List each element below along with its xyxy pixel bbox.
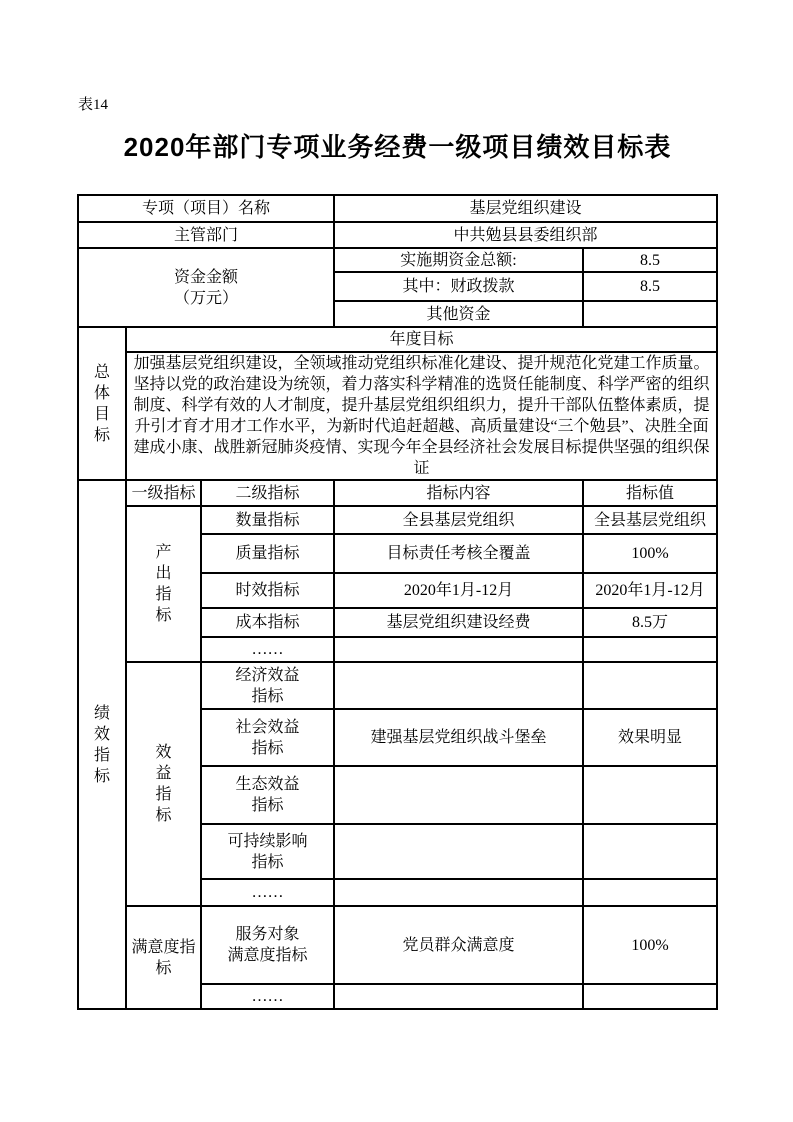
overall-goal-side-label: 总 体 目 标 (78, 327, 126, 480)
performance-target-table: 专项（项目）名称 基层党组织建设 主管部门 中共勉县县委组织部 资金金额 （万元… (77, 194, 718, 1010)
indicator-value: 全县基层党组织 (583, 506, 717, 534)
indicator-content: 全县基层党组织 (334, 506, 583, 534)
indicator-level2: 成本指标 (201, 608, 334, 637)
document-page: 表14 2020年部门专项业务经费一级项目绩效目标表 专项（项目）名称 基层党组… (0, 0, 793, 1122)
empty-cell (583, 766, 717, 824)
empty-cell (334, 766, 583, 824)
empty-cell (583, 662, 717, 709)
table-row: 主管部门 中共勉县县委组织部 (78, 222, 717, 248)
department-value: 中共勉县县委组织部 (334, 222, 717, 248)
empty-cell (334, 637, 583, 662)
indicator-value: 8.5万 (583, 608, 717, 637)
empty-cell (583, 879, 717, 906)
empty-cell (583, 984, 717, 1009)
table-row: 产 出 指 标 数量指标 全县基层党组织 全县基层党组织 (78, 506, 717, 534)
table-row: 总 体 目 标 年度目标 (78, 327, 717, 352)
indicator-level2: 经济效益 指标 (201, 662, 334, 709)
document-title: 2020年部门专项业务经费一级项目绩效目标表 (77, 131, 718, 163)
annual-goal-text: 加强基层党组织建设，全领域推动党组织标准化建设、提升规范化党建工作质量。坚持以党… (126, 352, 717, 480)
indicator-value: 100% (583, 906, 717, 984)
indicator-level2: …… (201, 984, 334, 1009)
fund-other-value (583, 301, 717, 327)
indicator-content: 基层党组织建设经费 (334, 608, 583, 637)
empty-cell (583, 637, 717, 662)
project-name-label: 专项（项目）名称 (78, 195, 334, 222)
header-level1: 一级指标 (126, 480, 201, 506)
empty-cell (334, 984, 583, 1009)
indicator-value: 效果明显 (583, 709, 717, 766)
indicator-value: 100% (583, 534, 717, 573)
empty-cell (334, 824, 583, 879)
fund-other-label: 其他资金 (334, 301, 583, 327)
indicator-level2: 服务对象 满意度指标 (201, 906, 334, 984)
table-row: 资金金额 （万元） 实施期资金总额: 8.5 (78, 248, 717, 272)
fund-fiscal-label: 其中：财政拨款 (334, 272, 583, 301)
output-group-label: 产 出 指 标 (126, 506, 201, 662)
indicator-level2: …… (201, 879, 334, 906)
header-value: 指标值 (583, 480, 717, 506)
indicator-level2: 质量指标 (201, 534, 334, 573)
satisfaction-group-label: 满意度指 标 (126, 906, 201, 1009)
table-row: 加强基层党组织建设，全领域推动党组织标准化建设、提升规范化党建工作质量。坚持以党… (78, 352, 717, 480)
table-row: 满意度指 标 服务对象 满意度指标 党员群众满意度 100% (78, 906, 717, 984)
indicator-level2: 时效指标 (201, 573, 334, 608)
performance-indicator-side-label: 绩 效 指 标 (78, 480, 126, 1009)
empty-cell (334, 662, 583, 709)
table-row: 绩 效 指 标 一级指标 二级指标 指标内容 指标值 (78, 480, 717, 506)
fund-total-value: 8.5 (583, 248, 717, 272)
empty-cell (583, 824, 717, 879)
table-number-label: 表14 (78, 96, 108, 114)
fund-fiscal-value: 8.5 (583, 272, 717, 301)
table-row: 效 益 指 标 经济效益 指标 (78, 662, 717, 709)
table-row: 专项（项目）名称 基层党组织建设 (78, 195, 717, 222)
indicator-content: 目标责任考核全覆盖 (334, 534, 583, 573)
empty-cell (334, 879, 583, 906)
department-label: 主管部门 (78, 222, 334, 248)
annual-goal-header: 年度目标 (126, 327, 717, 352)
benefit-group-label: 效 益 指 标 (126, 662, 201, 906)
project-name-value: 基层党组织建设 (334, 195, 717, 222)
fund-amount-label: 资金金额 （万元） (78, 248, 334, 327)
indicator-content: 建强基层党组织战斗堡垒 (334, 709, 583, 766)
indicator-value: 2020年1月-12月 (583, 573, 717, 608)
indicator-content: 党员群众满意度 (334, 906, 583, 984)
header-level2: 二级指标 (201, 480, 334, 506)
header-content: 指标内容 (334, 480, 583, 506)
indicator-level2: 社会效益 指标 (201, 709, 334, 766)
fund-total-label: 实施期资金总额: (334, 248, 583, 272)
indicator-level2: 生态效益 指标 (201, 766, 334, 824)
indicator-level2: 可持续影响 指标 (201, 824, 334, 879)
indicator-content: 2020年1月-12月 (334, 573, 583, 608)
indicator-level2: 数量指标 (201, 506, 334, 534)
indicator-level2: …… (201, 637, 334, 662)
